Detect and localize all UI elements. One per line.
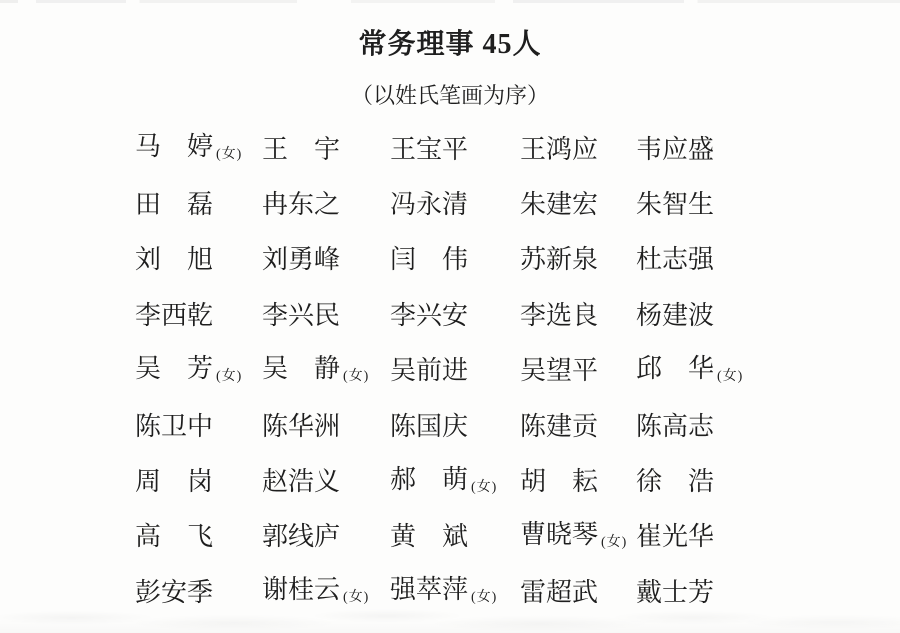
member-name: 杜志强 <box>636 245 758 275</box>
member-name: 雷超武 <box>520 578 636 608</box>
member-name: 朱建宏 <box>520 190 636 220</box>
member-name: 彭安季 <box>135 578 262 608</box>
page-title: 常务理事 45人 <box>0 26 900 64</box>
member-name: 吴望平 <box>520 356 636 386</box>
member-name: 朱智生 <box>636 190 758 220</box>
member-name: 王宝平 <box>390 135 520 165</box>
member-name: 杨建波 <box>636 301 758 331</box>
member-name: 韦应盛 <box>636 135 758 165</box>
scan-artifact-top <box>0 0 900 3</box>
member-name: 田磊 <box>135 190 262 220</box>
member-name: 陈华洲 <box>262 412 390 442</box>
female-marker: (女) <box>601 528 627 558</box>
member-name: 郭线庐 <box>262 522 390 552</box>
member-name: 黄斌 <box>390 522 520 552</box>
member-name: 李西乾 <box>135 301 262 331</box>
member-name: 陈建贡 <box>520 412 636 442</box>
member-name: 苏新泉 <box>520 245 636 275</box>
member-name: 周岗 <box>135 467 262 497</box>
female-marker: (女) <box>471 583 497 613</box>
member-name: 马婷(女) <box>135 132 262 167</box>
member-name: 崔光华 <box>636 522 758 552</box>
member-name: 曹晓琴(女) <box>520 520 636 555</box>
member-name: 谢桂云(女) <box>262 575 390 610</box>
member-name: 强萃萍(女) <box>390 575 520 610</box>
document-page: 常务理事 45人 （以姓氏笔画为序） 马婷(女) 王宇 王宝平 王鸿应 韦应盛 … <box>0 0 900 633</box>
page-subtitle: （以姓氏笔画为序） <box>0 79 900 113</box>
female-marker: (女) <box>343 362 369 392</box>
member-grid: 马婷(女) 王宇 王宝平 王鸿应 韦应盛 田磊 冉东之 冯永清 朱建宏 朱智生 … <box>135 122 758 621</box>
member-name: 戴士芳 <box>636 578 758 608</box>
female-marker: (女) <box>216 140 242 170</box>
member-name: 冉东之 <box>262 190 390 220</box>
female-marker: (女) <box>343 583 369 613</box>
member-name: 冯永清 <box>390 190 520 220</box>
female-marker: (女) <box>216 362 242 392</box>
female-marker: (女) <box>471 473 497 503</box>
member-name: 陈国庆 <box>390 412 520 442</box>
member-name: 王鸿应 <box>520 135 636 165</box>
member-name: 陈高志 <box>636 412 758 442</box>
member-name: 刘勇峰 <box>262 245 390 275</box>
member-name: 郝萌(女) <box>390 465 520 500</box>
member-name: 李兴民 <box>262 301 390 331</box>
member-name: 李选良 <box>520 301 636 331</box>
member-name: 高飞 <box>135 522 262 552</box>
member-name: 赵浩义 <box>262 467 390 497</box>
member-name: 李兴安 <box>390 301 520 331</box>
member-name: 吴芳(女) <box>135 354 262 389</box>
member-name: 刘旭 <box>135 245 262 275</box>
member-name: 邱华(女) <box>636 354 758 389</box>
member-name: 陈卫中 <box>135 412 262 442</box>
member-name: 吴静(女) <box>262 354 390 389</box>
member-name: 王宇 <box>262 135 390 165</box>
member-name: 闫伟 <box>390 245 520 275</box>
female-marker: (女) <box>717 362 743 392</box>
member-name: 徐浩 <box>636 467 758 497</box>
member-name: 吴前进 <box>390 356 520 386</box>
member-name: 胡耘 <box>520 467 636 497</box>
